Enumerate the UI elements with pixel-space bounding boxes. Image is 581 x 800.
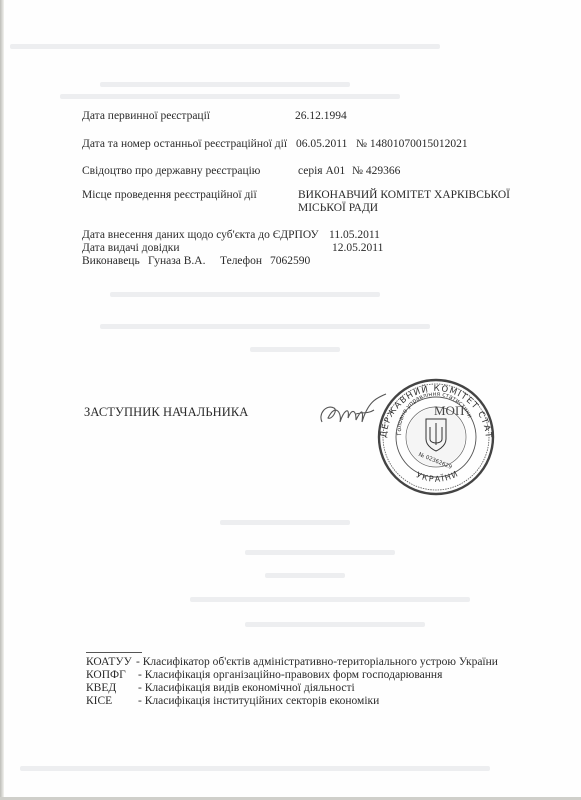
edrpou-entry-label: Дата внесення даних щодо суб'єкта до ЄДР… <box>82 229 319 242</box>
bleed-through-line <box>250 347 340 352</box>
edrpou-entry-value: 11.05.2011 <box>329 229 380 242</box>
bleed-through-line <box>190 597 470 602</box>
bleed-through-line <box>220 520 350 525</box>
issue-date-label: Дата видачі довідки <box>82 242 180 255</box>
bleed-through-line <box>60 94 400 99</box>
executor-label: Виконавець <box>82 255 140 268</box>
issue-date-value: 12.05.2011 <box>332 242 383 255</box>
signatory-title: ЗАСТУПНИК НАЧАЛЬНИКА <box>84 406 248 419</box>
document-page: Дата первинної реєстрації 26.12.1994 Дат… <box>0 0 581 800</box>
certificate-number: № 429366 <box>352 165 400 178</box>
certificate-series: серія А01 <box>298 165 345 178</box>
executor-name: Гуназа В.А. <box>148 255 205 268</box>
scan-edge-left <box>0 0 4 800</box>
bleed-through-line <box>100 324 430 329</box>
footnote-kise-text: - Класифікація інституційних секторів ек… <box>138 695 379 708</box>
bleed-through-line <box>110 292 380 297</box>
footnote-koatuu-text: - Класифікатор об'єктів адміністративно-… <box>136 656 498 669</box>
first-registration-label: Дата первинної реєстрації <box>82 110 210 123</box>
certificate-label: Свідоцтво про державну реєстрацію <box>82 165 260 178</box>
bleed-through-line <box>20 766 490 771</box>
last-action-label: Дата та номер останньої реєстраційної ді… <box>82 138 287 151</box>
footnote-kved-abbr: КВЕД <box>86 682 116 695</box>
phone-label: Телефон <box>220 255 262 268</box>
svg-text:УКРАЇНИ: УКРАЇНИ <box>415 469 461 484</box>
footnote-kise-abbr: КІСЕ <box>86 695 112 708</box>
bleed-through-line <box>265 573 345 578</box>
phone-value: 7062590 <box>270 255 310 268</box>
first-registration-value: 26.12.1994 <box>295 110 347 123</box>
bleed-through-line <box>245 622 425 627</box>
footnote-kopfg-text: - Класифікація організаційно-правових фо… <box>138 669 442 682</box>
bleed-through-line <box>245 550 395 555</box>
place-label: Місце проведення реєстраційної дії <box>82 189 257 202</box>
place-value-line2: МІСЬКОЇ РАДИ <box>298 202 378 215</box>
footnote-kved-text: - Класифікація видів економічної діяльно… <box>138 682 355 695</box>
last-action-number: № 14801070015012021 <box>356 138 468 151</box>
footnote-separator <box>86 652 142 653</box>
official-stamp-icon: ДЕРЖАВНИЙ КОМІТЕТ СТАТИСТИКИ УКРАЇНИ Гол… <box>372 377 498 497</box>
bleed-through-line <box>10 44 440 49</box>
bleed-through-line <box>100 82 350 87</box>
last-action-date: 06.05.2011 <box>296 138 347 151</box>
footnote-koatuu-abbr: КОАТУУ <box>86 656 132 669</box>
place-value-line1: ВИКОНАВЧИЙ КОМІТЕТ ХАРКІВСЬКОЇ <box>298 189 510 202</box>
svg-text:МОП: МОП <box>434 403 464 418</box>
footnote-kopfg-abbr: КОПФГ <box>86 669 126 682</box>
